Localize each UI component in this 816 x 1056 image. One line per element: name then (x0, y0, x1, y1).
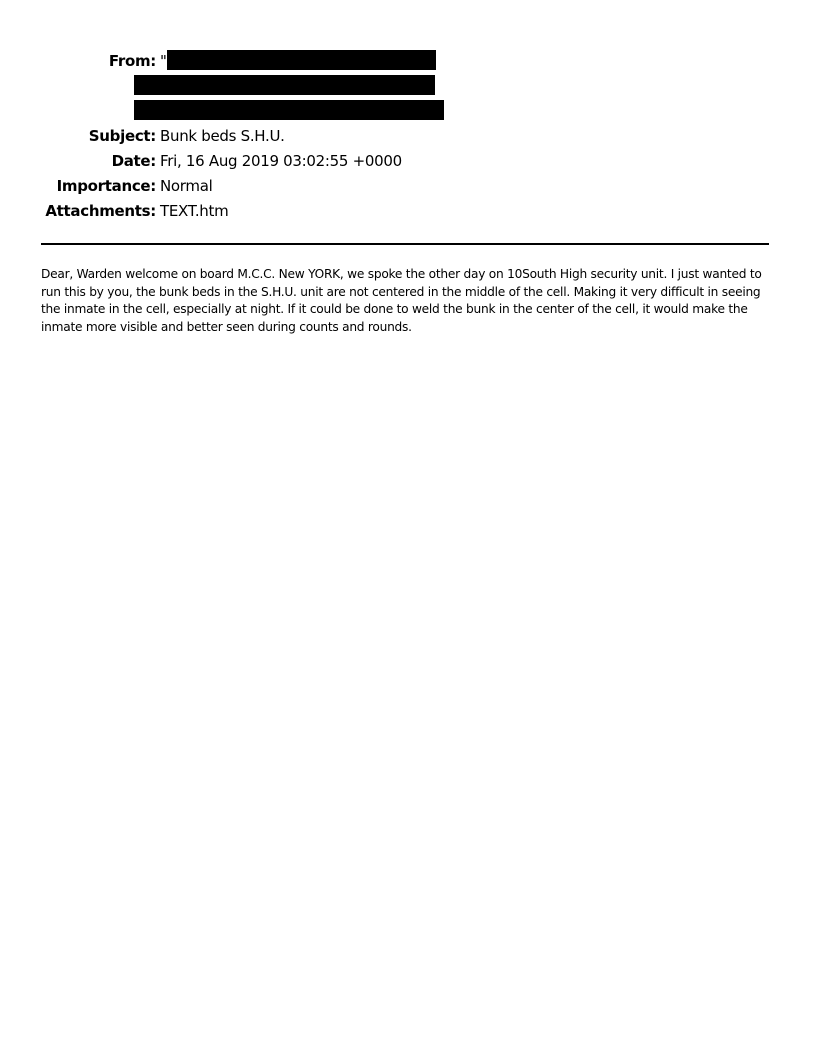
subject-value: Bunk beds S.H.U. (160, 125, 285, 147)
redaction-box-from-1 (167, 50, 436, 70)
attachments-row: Attachments: TEXT.htm (0, 200, 228, 222)
date-label: Date: (0, 150, 156, 172)
importance-label: Importance: (0, 175, 156, 197)
from-label: From: (0, 50, 156, 72)
importance-row: Importance: Normal (0, 175, 212, 197)
header-divider (41, 243, 769, 245)
from-value-prefix: " (160, 50, 167, 72)
subject-row: Subject: Bunk beds S.H.U. (0, 125, 285, 147)
email-body: Dear, Warden welcome on board M.C.C. New… (41, 266, 776, 336)
redaction-box-from-3 (134, 100, 444, 120)
attachments-label: Attachments: (0, 200, 156, 222)
from-row: From: " (0, 50, 167, 72)
redaction-box-from-2 (134, 75, 435, 95)
date-row: Date: Fri, 16 Aug 2019 03:02:55 +0000 (0, 150, 402, 172)
subject-label: Subject: (0, 125, 156, 147)
importance-value: Normal (160, 175, 212, 197)
date-value: Fri, 16 Aug 2019 03:02:55 +0000 (160, 150, 402, 172)
attachments-value: TEXT.htm (160, 200, 228, 222)
